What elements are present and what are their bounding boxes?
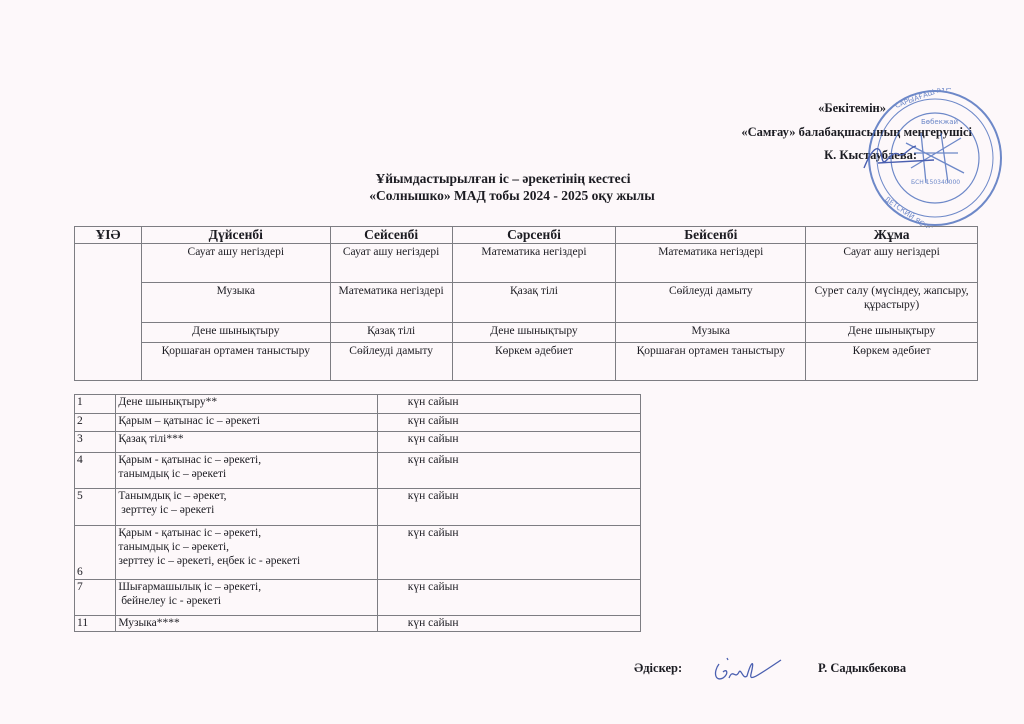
methodologist-signature-icon: [705, 650, 785, 690]
activity-name: Қазақ тілі***: [116, 432, 377, 453]
activity-name: Қарым - қатынас іс – әрекеті,танымдық іс…: [116, 526, 377, 580]
table-cell: Сауат ашу негіздері: [806, 244, 978, 283]
activity-line: Қарым - қатынас іс – әрекеті,: [118, 453, 376, 467]
table-cell: Қоршаған ортамен таныстыру: [141, 343, 330, 381]
activity-name: Қарым - қатынас іс – әрекеті,танымдық іс…: [116, 453, 377, 489]
table-row: 7Шығармашылық іс – әрекеті, бейнелеу іс …: [75, 580, 641, 616]
activity-line: Қарым - қатынас іс – әрекеті,: [118, 526, 376, 540]
activity-number: 7: [75, 580, 116, 616]
table-row: Қоршаған ортамен таныстыру Сөйлеуді дамы…: [75, 343, 978, 381]
activity-frequency: күн сайын: [377, 432, 640, 453]
activity-line: Дене шынықтыру**: [118, 395, 376, 409]
table-cell: Дене шынықтыру: [141, 323, 330, 343]
activity-number: 11: [75, 616, 116, 632]
activity-line: танымдық іс – әрекеті,: [118, 540, 376, 554]
activity-name: Дене шынықтыру**: [116, 395, 377, 414]
activity-name: Танымдық іс – әрекет, зерттеу іс – әреке…: [116, 489, 377, 526]
weekly-schedule-table: ҰІӘ Дүйсенбі Сейсенбі Сәрсенбі Бейсенбі …: [74, 226, 978, 381]
table-row: 11Музыка****күн сайын: [75, 616, 641, 632]
methodologist-label: Әдіскер:: [634, 661, 682, 676]
schedule-header-row: ҰІӘ Дүйсенбі Сейсенбі Сәрсенбі Бейсенбі …: [75, 227, 978, 244]
activity-name: Шығармашылық іс – әрекеті, бейнелеу іс -…: [116, 580, 377, 616]
table-cell: Музыка: [616, 323, 806, 343]
table-cell: Сурет салу (мүсіндеу, жапсыру, құрастыру…: [806, 283, 978, 323]
activity-frequency: күн сайын: [377, 489, 640, 526]
table-cell: Сауат ашу негіздері: [141, 244, 330, 283]
activity-frequency: күн сайын: [377, 616, 640, 632]
table-cell: Сөйлеуді дамыту: [616, 283, 806, 323]
activity-line: Қазақ тілі***: [118, 432, 376, 446]
activity-frequency: күн сайын: [377, 526, 640, 580]
table-row: 5Танымдық іс – әрекет, зерттеу іс – әрек…: [75, 489, 641, 526]
activity-line: Танымдық іс – әрекет,: [118, 489, 376, 503]
activity-line: зерттеу іс – әрекеті, еңбек іс - әрекеті: [118, 554, 376, 568]
header-cell: Дүйсенбі: [141, 227, 330, 244]
table-cell: Математика негіздері: [330, 283, 452, 323]
empty-cell: [75, 244, 142, 381]
table-cell: Сауат ашу негіздері: [330, 244, 452, 283]
activity-frequency: күн сайын: [377, 395, 640, 414]
table-cell: Математика негіздері: [452, 244, 616, 283]
svg-text:Бөбекжай: Бөбекжай: [921, 118, 958, 126]
table-cell: Дене шынықтыру: [452, 323, 616, 343]
table-cell: Музыка: [141, 283, 330, 323]
table-cell: Қазақ тілі: [330, 323, 452, 343]
table-row: 1Дене шынықтыру**күн сайын: [75, 395, 641, 414]
activity-frequency: күн сайын: [377, 580, 640, 616]
activity-name: Музыка****: [116, 616, 377, 632]
activity-name: Қарым – қатынас іс – әрекеті: [116, 414, 377, 432]
activity-number: 1: [75, 395, 116, 414]
table-row: 4Қарым - қатынас іс – әрекеті,танымдық і…: [75, 453, 641, 489]
header-cell: Жұма: [806, 227, 978, 244]
activity-number: 3: [75, 432, 116, 453]
table-cell: Дене шынықтыру: [806, 323, 978, 343]
activity-number: 6: [75, 526, 116, 580]
activity-number: 4: [75, 453, 116, 489]
table-row: Дене шынықтыру Қазақ тілі Дене шынықтыру…: [75, 323, 978, 343]
activity-frequency: күн сайын: [377, 414, 640, 432]
table-cell: Математика негіздері: [616, 244, 806, 283]
table-cell: Қазақ тілі: [452, 283, 616, 323]
activity-line: Шығармашылық іс – әрекеті,: [118, 580, 376, 594]
document-title: Ұйымдастырылған іс – әрекетінің кестесі: [0, 171, 1015, 187]
header-cell: Сәрсенбі: [452, 227, 616, 244]
activity-line: зерттеу іс – әрекеті: [118, 503, 376, 517]
header-cell: Сейсенбі: [330, 227, 452, 244]
document-subtitle: «Солнышко» МАД тобы 2024 - 2025 оқу жылы: [0, 188, 1024, 204]
table-cell: Көркем әдебиет: [452, 343, 616, 381]
activity-line: бейнелеу іс - әрекеті: [118, 594, 376, 608]
table-row: Сауат ашу негіздері Сауат ашу негіздері …: [75, 244, 978, 283]
activity-number: 5: [75, 489, 116, 526]
table-row: 3Қазақ тілі***күн сайын: [75, 432, 641, 453]
activity-frequency: күн сайын: [377, 453, 640, 489]
table-cell: Көркем әдебиет: [806, 343, 978, 381]
activity-frequency-table: 1Дене шынықтыру**күн сайын2Қарым – қатын…: [74, 394, 641, 632]
table-row: 2Қарым – қатынас іс – әрекетікүн сайын: [75, 414, 641, 432]
table-row: Музыка Математика негіздері Қазақ тілі С…: [75, 283, 978, 323]
activity-line: танымдық іс – әрекеті: [118, 467, 376, 481]
table-cell: Сөйлеуді дамыту: [330, 343, 452, 381]
methodologist-name: Р. Садыкбекова: [818, 661, 906, 676]
table-cell: Қоршаған ортамен таныстыру: [616, 343, 806, 381]
activity-line: Музыка****: [118, 616, 376, 630]
activity-line: Қарым – қатынас іс – әрекеті: [118, 414, 376, 428]
header-cell: ҰІӘ: [75, 227, 142, 244]
activity-number: 2: [75, 414, 116, 432]
table-row: 6Қарым - қатынас іс – әрекеті,танымдық і…: [75, 526, 641, 580]
header-cell: Бейсенбі: [616, 227, 806, 244]
